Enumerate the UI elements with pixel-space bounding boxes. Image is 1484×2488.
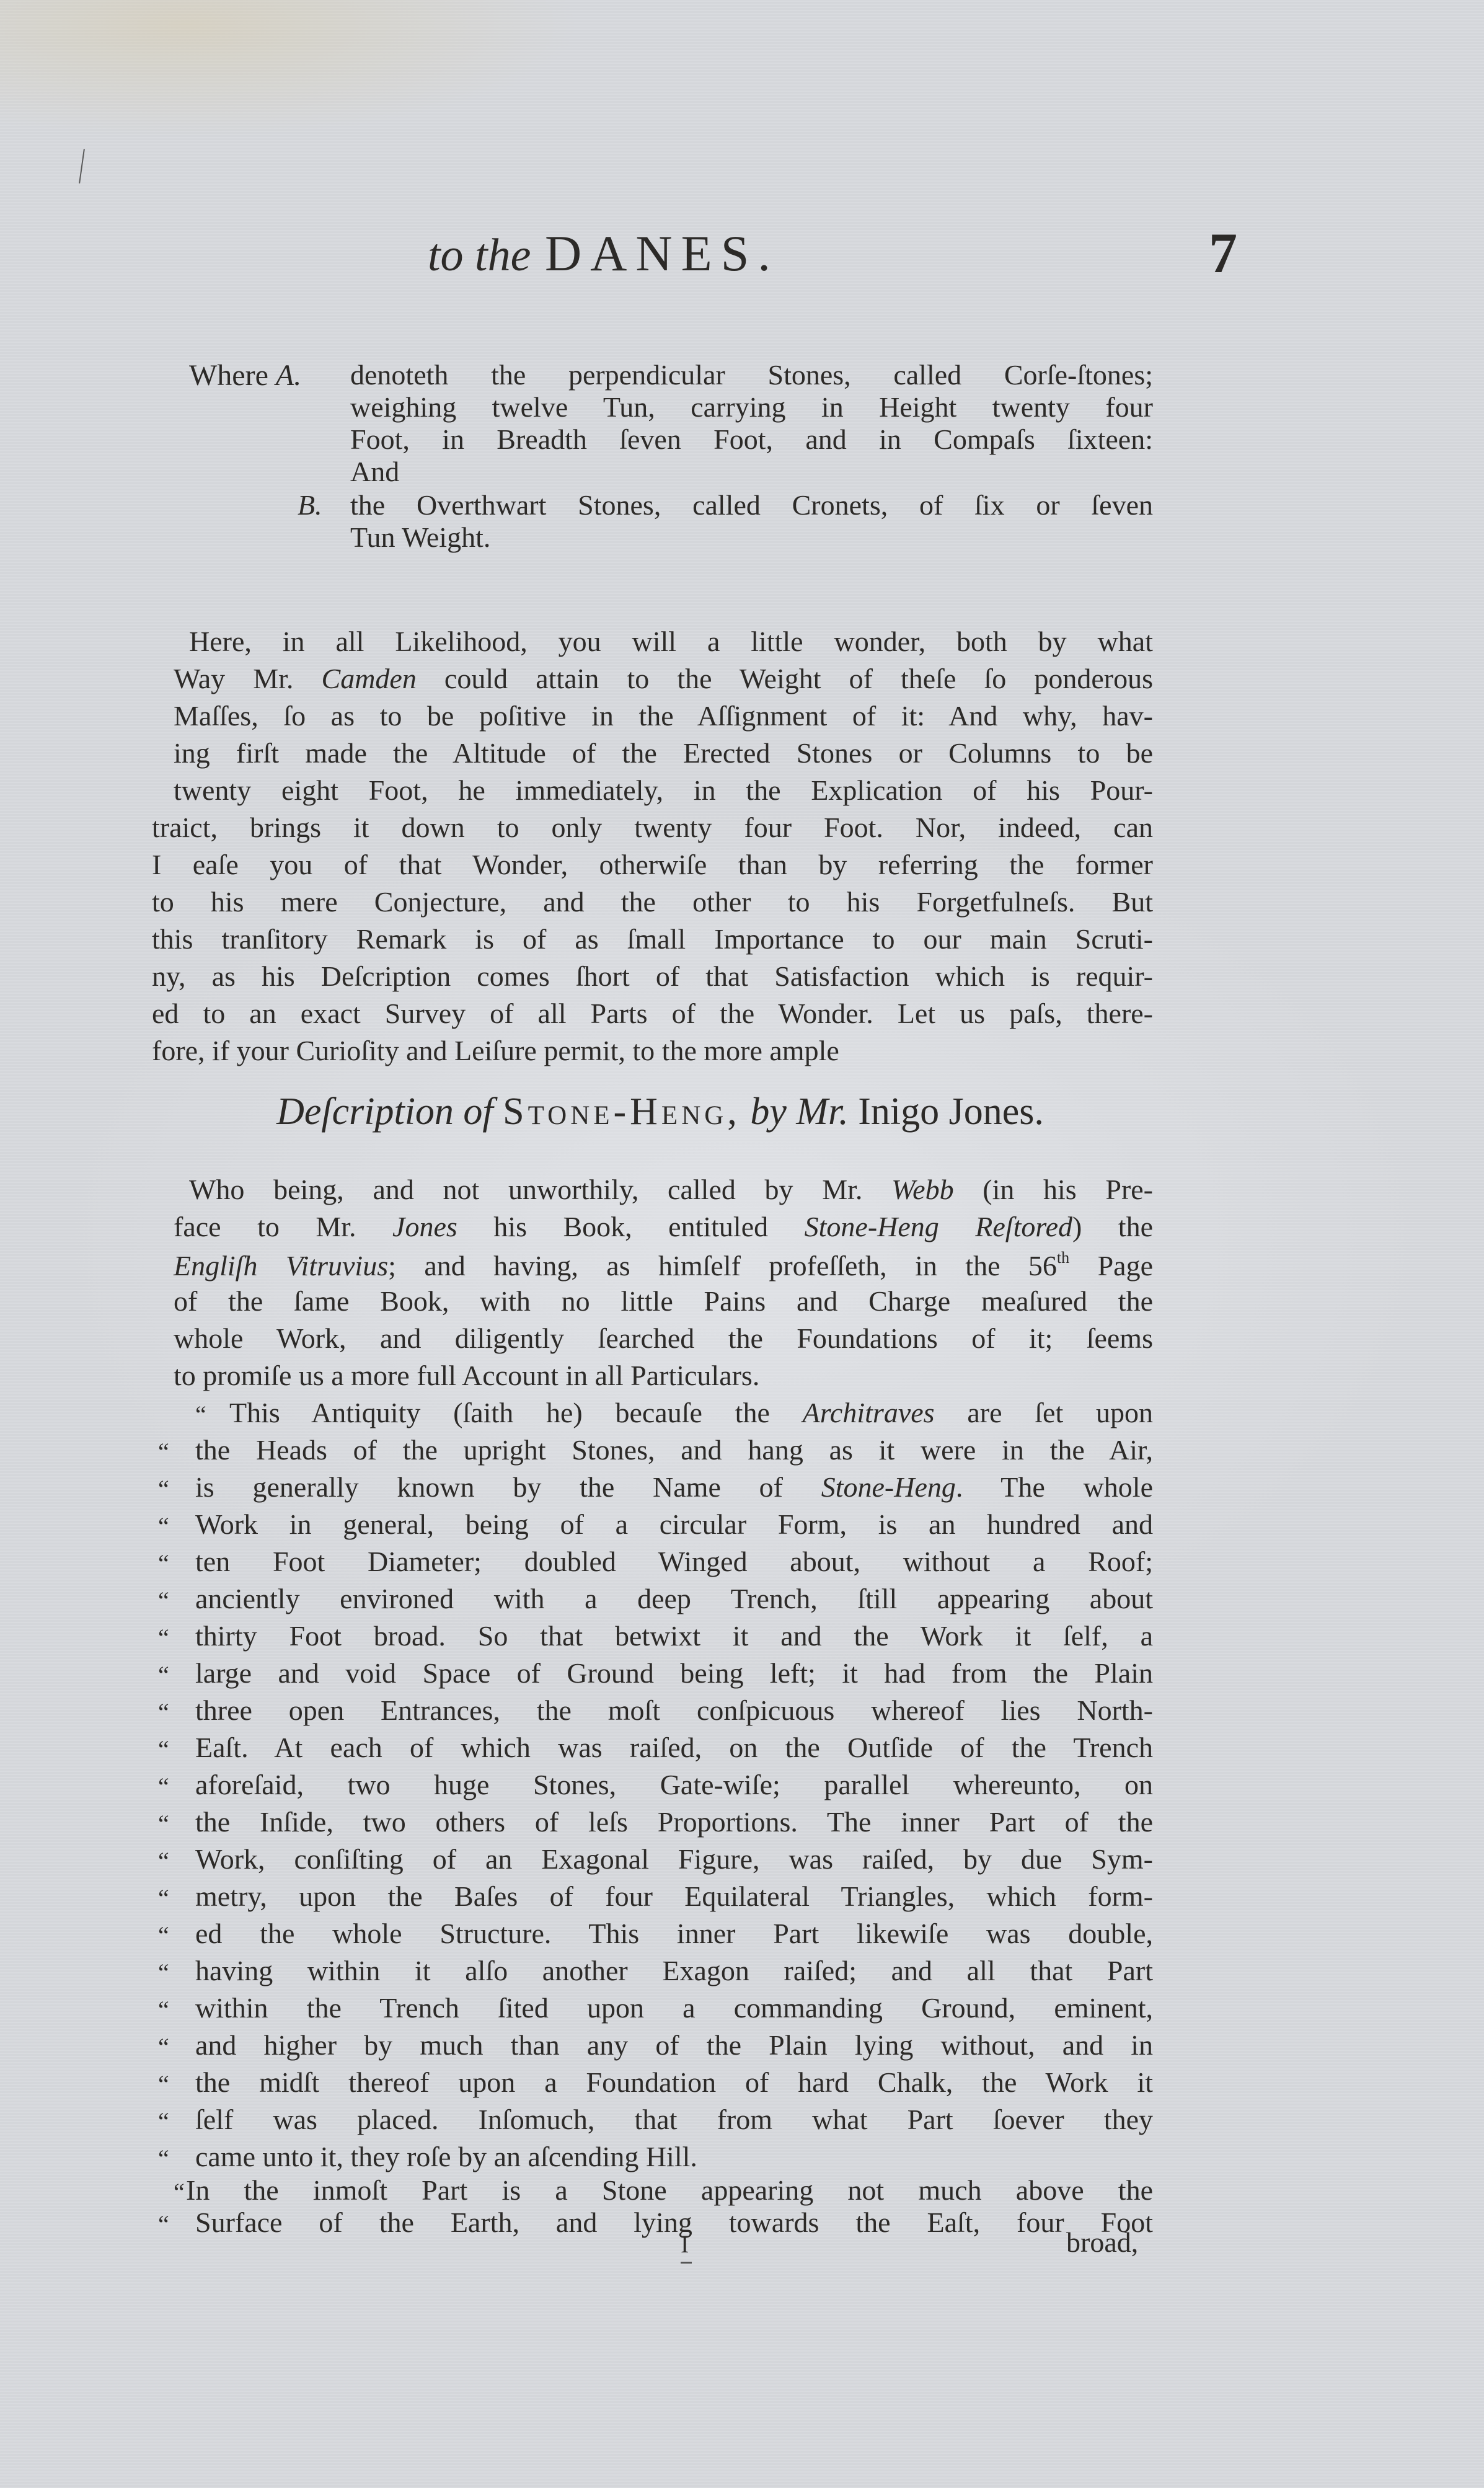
- quote-mark: “: [158, 1812, 169, 1836]
- quote1-line: anciently environed with a deep Trench, …: [195, 1585, 1153, 1613]
- quote1-line: This Antiquity (ſaith he) becauſe the Ar…: [229, 1399, 1153, 1427]
- quote2-line: Surface of the Earth, and lying towards …: [195, 2208, 1153, 2237]
- para1-line: ed to an exact Survey of all Parts of th…: [152, 999, 1153, 1028]
- text-run: is generally known by the Name of: [195, 1471, 821, 1503]
- text-run: ) the: [1072, 1211, 1153, 1242]
- quote-mark: “: [158, 1700, 169, 1725]
- para1-line: to his mere Conjecture, and the other to…: [152, 888, 1153, 916]
- paper-blemish: [79, 149, 85, 184]
- para1-line: I eaſe you of that Wonder, otherwiſe tha…: [152, 851, 1153, 879]
- para2-line: to promiſe us a more full Account in all…: [174, 1361, 759, 1390]
- quote1-line: Eaſt. At each of which was raiſed, on th…: [195, 1733, 1153, 1762]
- quote-mark: “: [158, 1626, 169, 1650]
- legend-a-line-2: weighing twelve Tun, carrying in Height …: [350, 393, 1153, 422]
- text-run: (in his Pre-: [954, 1174, 1153, 1205]
- quote1-line: the Inſide, two others of leſs Proportio…: [195, 1808, 1153, 1836]
- quote-mark: “: [174, 2180, 185, 2205]
- quote-mark: “: [158, 1440, 169, 1464]
- para1-line: fore, if your Curioſity and Leiſure perm…: [152, 1037, 839, 1065]
- superscript-th: th: [1057, 1249, 1069, 1267]
- quote-mark: “: [158, 1849, 169, 1874]
- para1-line: ny, as his Deſcription comes ſhort of th…: [152, 962, 1153, 991]
- legend-b-line-2: Tun Weight.: [350, 523, 490, 552]
- legend-a-line-3: Foot, in Breadth ſeven Foot, and in Comp…: [350, 425, 1153, 454]
- para1-line: this tranſitory Remark is of as ſmall Im…: [152, 925, 1153, 954]
- heading-by-mr: by Mr.: [750, 1091, 848, 1133]
- quote-mark: “: [158, 2212, 169, 2237]
- running-head-prefix: to the: [428, 230, 531, 281]
- quote-mark: “: [158, 2109, 169, 2134]
- quote1-line: within the Trench ſited upon a commandin…: [195, 1994, 1153, 2022]
- quote-mark: “: [158, 1663, 169, 1688]
- quote1-line: and higher by much than any of the Plain…: [195, 2031, 1153, 2060]
- legend-where-label: Where A.: [189, 361, 301, 391]
- quote1-line: the Heads of the upright Stones, and han…: [195, 1436, 1153, 1464]
- para1-line: Here, in all Likelihood, you will a litt…: [189, 627, 1153, 656]
- para2-line: Who being, and not unworthily, called by…: [189, 1175, 1153, 1204]
- quote-mark: “: [158, 1886, 169, 1911]
- heading-stone-heng: Stone-Heng,: [503, 1091, 741, 1133]
- quote-mark: “: [158, 1588, 169, 1613]
- quote1-line: Work in general, being of a circular For…: [195, 1510, 1153, 1539]
- section-heading: Deſcription of Stone-Heng, by Mr. Inigo …: [211, 1092, 1110, 1131]
- running-head: to the DANES.: [428, 228, 779, 279]
- text-run: face to Mr.: [174, 1211, 392, 1242]
- quote1-line: thirty Foot broad. So that betwixt it an…: [195, 1622, 1153, 1650]
- quote-mark: “: [158, 1923, 169, 1948]
- italic-term-stone-heng-restored: Stone-Heng Reſtored: [805, 1211, 1072, 1242]
- italic-term-webb: Webb: [891, 1174, 954, 1205]
- quote-mark: “: [158, 2072, 169, 2097]
- heading-inigo-jones: Inigo Jones.: [858, 1091, 1044, 1133]
- text-run: Way Mr.: [174, 663, 322, 694]
- para2-line: of the ſame Book, with no little Pains a…: [174, 1287, 1153, 1316]
- para1-line: Way Mr. Camden could attain to the Weigh…: [174, 665, 1153, 693]
- italic-term-camden: Camden: [322, 663, 417, 694]
- quote-mark: “: [158, 1737, 169, 1762]
- text-run: are ſet upon: [935, 1397, 1153, 1428]
- text-run: ; and having, as himſelf profeſſeth, in …: [388, 1250, 1057, 1282]
- heading-description: Deſcription of: [276, 1091, 493, 1133]
- quote-mark: “: [158, 1998, 169, 2022]
- quote-mark: “: [158, 1514, 169, 1539]
- signature-mark: I: [681, 2232, 689, 2257]
- quote1-line: having within it alſo another Exagon rai…: [195, 1957, 1153, 1985]
- para1-line: traict, brings it down to only twenty fo…: [152, 813, 1153, 842]
- quote1-line: three open Entrances, the moſt conſpicuo…: [195, 1696, 1153, 1725]
- book-page: to the DANES. 7 Where A. denoteth the pe…: [0, 0, 1484, 2488]
- page-number: 7: [1209, 224, 1237, 281]
- quote-mark: “: [195, 1402, 206, 1427]
- running-head-title: DANES.: [545, 225, 779, 281]
- italic-term-stone-heng: Stone-Heng: [821, 1471, 956, 1503]
- legend-a-line-1: denoteth the perpendicular Stones, calle…: [350, 361, 1153, 389]
- quote1-line: Work, conſiſting of an Exagonal Figure, …: [195, 1845, 1153, 1874]
- text-run: Page: [1069, 1250, 1153, 1282]
- quote-mark: “: [158, 1477, 169, 1502]
- quote1-line: ed the whole Structure. This inner Part …: [195, 1919, 1153, 1948]
- quote-mark: “: [158, 1551, 169, 1576]
- quote-mark: “: [158, 2146, 169, 2171]
- legend-a-line-4: And: [350, 458, 399, 486]
- para1-line: twenty eight Foot, he immediately, in th…: [174, 776, 1153, 805]
- quote1-line: ten Foot Diameter; doubled Winged about,…: [195, 1547, 1153, 1576]
- para1-line: Maſſes, ſo as to be poſitive in the Aſſi…: [174, 702, 1153, 730]
- quote1-line: aforeſaid, two huge Stones, Gate-wiſe; p…: [195, 1771, 1153, 1799]
- text-run: . The whole: [956, 1471, 1153, 1503]
- where-label: Where: [189, 359, 268, 392]
- signature-underline: [681, 2262, 692, 2264]
- italic-term-english-vitruvius: Engliſh Vitruvius: [174, 1250, 388, 1282]
- text-run: could attain to the Weight of theſe ſo p…: [417, 663, 1153, 694]
- text-run: his Book, entituled: [457, 1211, 805, 1242]
- quote1-line: large and void Space of Ground being lef…: [195, 1659, 1153, 1688]
- quote-mark: “: [158, 2035, 169, 2060]
- para2-line: Engliſh Vitruvius; and having, as himſel…: [174, 1250, 1153, 1280]
- catchword: broad,: [1066, 2228, 1138, 2257]
- quote1-line: is generally known by the Name of Stone-…: [195, 1473, 1153, 1502]
- para1-line: ing firſt made the Altitude of the Erect…: [174, 739, 1153, 768]
- legend-key-a: A.: [276, 359, 301, 392]
- italic-term-architraves: Architraves: [803, 1397, 935, 1428]
- legend-key-b: B.: [298, 491, 322, 520]
- quote1-line: the midſt thereof upon a Foundation of h…: [195, 2068, 1153, 2097]
- quote1-line: ſelf was placed. Inſomuch, that from wha…: [195, 2105, 1153, 2134]
- quote-mark: “: [158, 1774, 169, 1799]
- italic-term-jones: Jones: [392, 1211, 457, 1242]
- text-run: This Antiquity (ſaith he) becauſe the: [229, 1397, 803, 1428]
- text-run: Who being, and not unworthily, called by…: [189, 1174, 891, 1205]
- quote2-line: In the inmoſt Part is a Stone appearing …: [186, 2176, 1153, 2205]
- quote-mark: “: [158, 1960, 169, 1985]
- para2-line: whole Work, and diligently ſearched the …: [174, 1324, 1153, 1353]
- para2-line: face to Mr. Jones his Book, entituled St…: [174, 1213, 1153, 1241]
- quote1-line: metry, upon the Baſes of four Equilatera…: [195, 1882, 1153, 1911]
- legend-b-line-1: the Overthwart Stones, called Cronets, o…: [350, 491, 1153, 520]
- quote1-line: came unto it, they roſe by an aſcending …: [195, 2143, 697, 2171]
